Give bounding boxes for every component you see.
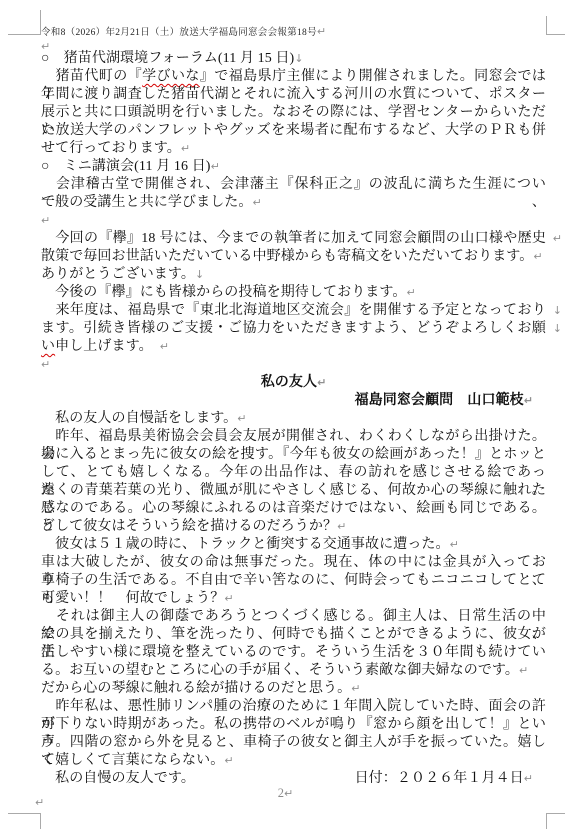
text-line: て嬉しくて言葉にならない。↵ bbox=[41, 752, 546, 770]
text-line: ありがとうございます。↓ bbox=[41, 266, 546, 284]
body-text: ○ 猪苗代湖環境フォーラム(11 月 15 日)↓ 猪苗代町の『学びいな』で福島… bbox=[41, 50, 546, 788]
page-header-line: 令和8（2026）年2月21日（土）放送大学福島同窓会会報第18号↵ bbox=[41, 24, 326, 38]
text-run: ありがとうございます。 bbox=[41, 267, 195, 282]
text-line: 遠くの青葉若葉の光り、微風が肌にやさしく感じる、何故か心の琴線に触れた感 bbox=[41, 482, 546, 500]
text-run: 散策で毎回お世話いただいている中野様からも寄稿文をいただいております。 bbox=[41, 249, 533, 264]
spellcheck-underlined-text: い bbox=[41, 339, 55, 354]
text-line: して、とても嬉しくなる。今年の出品作は、春の訪れを感じさせる絵であった。 bbox=[41, 464, 546, 482]
text-boundary-mark-bottom-right bbox=[546, 813, 565, 829]
text-run: うして彼女はそういう絵を描けるのだろうか？ bbox=[41, 519, 337, 534]
text-line: 会津稽古堂で開催され、会津藩主『保科正之』の波乱に満ちた生涯について、 bbox=[41, 176, 546, 194]
text-run: て嬉しくて言葉にならない。 bbox=[41, 753, 224, 768]
text-line: それは御主人の御蔭であろうとつくづく感じる。御主人は、日常生活の中で、 bbox=[41, 608, 546, 626]
text-line: 車椅子の生活である。不自由で辛い筈なのに、何時会ってもニコニコしてとても bbox=[41, 572, 546, 590]
text-line: 活しやすい様に環境を整えているのです。そういう生活を３０年間も続けてい bbox=[41, 644, 546, 662]
paragraph-mark: ↵ bbox=[181, 142, 190, 155]
text-line: ○ ミニ講演会(11 月 16 日)↵ bbox=[41, 158, 546, 176]
text-line: 猪苗代町の『学びいな』で福島県庁主催により開催されました。同窓会では７ bbox=[41, 68, 546, 86]
text-line: た放送大学のパンフレットやグッズを来場者に配布するなど、大学のＰＲも併 bbox=[41, 122, 546, 140]
text-run: 彼女は５１歳の時に、トラックと衝突する交通事故に遭った。 bbox=[41, 537, 450, 552]
paragraph-mark: ↵ bbox=[224, 592, 233, 605]
text-run: 福島同窓会顧問 山口範枝 bbox=[355, 393, 524, 408]
text-run: 年間に渡り調査した猪苗代湖とそれに流入する河川の水質について、ポスター bbox=[41, 87, 546, 102]
spellcheck-underlined-text: 学びいな bbox=[142, 69, 200, 84]
line-break-mark: ↓ bbox=[294, 52, 303, 65]
text-line: 展示と共に口頭説明を行いました。なおその際には、学習センターからいただい bbox=[41, 104, 546, 122]
text-line: る。お互いの望むところに心の手が届く、そういう素敵な御夫婦なのです。↵ bbox=[41, 662, 546, 680]
page-footer: 2↵ bbox=[0, 786, 571, 801]
text-run: 申し上げます。 bbox=[55, 339, 160, 354]
text-run: 可愛い！！ 何故でしょう？ bbox=[41, 591, 224, 606]
text-run: 一般の受講生と共に学びました。 bbox=[41, 195, 253, 210]
essay-title: 私の友人↵ bbox=[41, 374, 546, 392]
paragraph-mark: ↵ bbox=[553, 230, 562, 248]
text-run: 活しやすい様に環境を整えているのです。そういう生活を３０年間も続けてい bbox=[41, 645, 546, 660]
paragraph-mark: ↵ bbox=[533, 250, 542, 263]
text-line: 昨年私は、悪性肺リンパ腫の治療のために１年間入院していた時、面会の許可 bbox=[41, 698, 546, 716]
text-run: た放送大学のパンフレットやグッズを来場者に配布するなど、大学のＰＲも併 bbox=[41, 123, 546, 138]
text-line: 散策で毎回お世話いただいている中野様からも寄稿文をいただいております。↵ bbox=[41, 248, 546, 266]
text-line: 車は大破したが、彼女の命は無事だった。現在、体の中には金具が入っており、 bbox=[41, 554, 546, 572]
text-run: 私の友人 bbox=[261, 375, 317, 390]
paragraph-mark: ↵ bbox=[160, 340, 169, 353]
text-run: 今後の『欅』にも皆様からの投稿を期待しております。 bbox=[41, 285, 406, 300]
text-run: 猪苗代町の『 bbox=[41, 69, 142, 84]
text-line: 絵の具を揃えたり、筆を洗ったり、何時でも描くことができるように、彼女が生 bbox=[41, 626, 546, 644]
text-line: じなのである。心の琴線にふれるのは音楽だけではない、絵画も同じである。ど bbox=[41, 500, 546, 518]
text-run: ○ ミニ講演会(11 月 16 日) bbox=[41, 159, 211, 174]
paragraph-mark: ↵ bbox=[519, 664, 528, 677]
text-run: ます。引続き皆様のご支援・ご協力をいただきますよう、どうぞよろしくお願 bbox=[41, 321, 546, 336]
text-line: 彼女は５１歳の時に、トラックと衝突する交通事故に遭った。↵ bbox=[41, 536, 546, 554]
line-break-mark: ↓ bbox=[553, 302, 562, 320]
paragraph-mark: ↵ bbox=[237, 412, 246, 425]
text-line: ↵ bbox=[41, 212, 546, 230]
text-line: 場に入るとまっ先に彼女の絵を捜す。『今年も彼女の絵画があった！』とホッと bbox=[41, 446, 546, 464]
paragraph-mark: ↵ bbox=[351, 682, 360, 695]
paragraph-mark: ↵ bbox=[41, 358, 50, 371]
text-line: い申し上げます。 ↵ bbox=[41, 338, 546, 356]
line-break-mark: ↓ bbox=[195, 268, 204, 281]
text-run: 今回の『欅』18 号には、今までの執筆者に加えて同窓会顧問の山口様や歴史 bbox=[41, 231, 546, 246]
paragraph-mark: ↵ bbox=[317, 25, 326, 38]
text-run: ○ 猪苗代湖環境フォーラム(11 月 15 日) bbox=[41, 51, 294, 66]
paragraph-mark: ↵ bbox=[224, 754, 233, 767]
paragraph-mark: ↵ bbox=[284, 787, 293, 800]
paragraph-mark: ↵ bbox=[253, 196, 262, 209]
paragraph-mark: ↵ bbox=[450, 538, 459, 551]
text-line: うして彼女はそういう絵を描けるのだろうか？↵ bbox=[41, 518, 546, 536]
essay-author: 福島同窓会顧問 山口範枝↵ bbox=[41, 392, 546, 410]
header-text: 令和8（2026）年2月21日（土）放送大学福島同窓会会報第18号 bbox=[41, 28, 317, 38]
text-line: 今後の『欅』にも皆様からの投稿を期待しております。↵ bbox=[41, 284, 546, 302]
line-break-mark: ↓ bbox=[553, 320, 562, 338]
text-line: が下りない時期があった。私の携帯のベルが鳴り『窓から顔を出して！』という bbox=[41, 716, 546, 734]
text-line: 昨年、福島県美術協会会員会友展が開催され、わくわくしながら出掛けた。会 bbox=[41, 428, 546, 446]
text-boundary-mark-bottom-left bbox=[8, 813, 41, 829]
text-line: ○ 猪苗代湖環境フォーラム(11 月 15 日)↓ bbox=[41, 50, 546, 68]
text-line: 一般の受講生と共に学びました。↵ bbox=[41, 194, 546, 212]
text-line: 今回の『欅』18 号には、今までの執筆者に加えて同窓会顧問の山口様や歴史↵ bbox=[41, 230, 546, 248]
paragraph-mark: ↵ bbox=[317, 376, 326, 389]
paragraph-mark: ↵ bbox=[211, 160, 220, 173]
text-run: 来年度は、福島県で『東北北海道地区交流会』を開催する予定となっており bbox=[41, 303, 546, 318]
paragraph-mark: ↵ bbox=[35, 796, 44, 809]
text-line: ます。引続き皆様のご支援・ご協力をいただきますよう、どうぞよろしくお願↓ bbox=[41, 320, 546, 338]
text-run: 場に入るとまっ先に彼女の絵を捜す。『今年も彼女の絵画があった！』とホッと bbox=[41, 447, 546, 462]
text-line: 年間に渡り調査した猪苗代湖とそれに流入する河川の水質について、ポスター bbox=[41, 86, 546, 104]
text-line: 可愛い！！ 何故でしょう？↵ bbox=[41, 590, 546, 608]
text-line: 声。四階の窓から外を見ると、車椅子の彼女と御主人が手を振っていた。嬉しく bbox=[41, 734, 546, 752]
paragraph-mark: ↵ bbox=[41, 214, 50, 227]
paragraph-mark: ↵ bbox=[406, 286, 415, 299]
text-line: 私の友人の自慢話をします。↵ bbox=[41, 410, 546, 428]
text-run: 私の友人の自慢話をします。 bbox=[41, 411, 237, 426]
text-line: 来年度は、福島県で『東北北海道地区交流会』を開催する予定となっており↓ bbox=[41, 302, 546, 320]
paragraph-mark: ↵ bbox=[337, 520, 346, 533]
text-run: せて行っております。 bbox=[41, 141, 181, 156]
text-run: る。お互いの望むところに心の手が届く、そういう素敵な御夫婦なのです。 bbox=[41, 663, 519, 678]
text-line: ↵ bbox=[41, 356, 546, 374]
document-page: 令和8（2026）年2月21日（土）放送大学福島同窓会会報第18号↵ ↵ ○ 猪… bbox=[0, 0, 571, 829]
text-line: だから心の琴線に触れる絵が描けるのだと思う。↵ bbox=[41, 680, 546, 698]
text-run: だから心の琴線に触れる絵が描けるのだと思う。 bbox=[41, 681, 351, 696]
empty-paragraph: ↵ bbox=[35, 793, 44, 811]
text-boundary-mark-top-left bbox=[8, 10, 41, 35]
text-line: せて行っております。↵ bbox=[41, 140, 546, 158]
paragraph-mark: ↵ bbox=[524, 772, 533, 785]
text-boundary-mark-top-right bbox=[546, 16, 565, 35]
paragraph-mark: ↵ bbox=[524, 394, 533, 407]
